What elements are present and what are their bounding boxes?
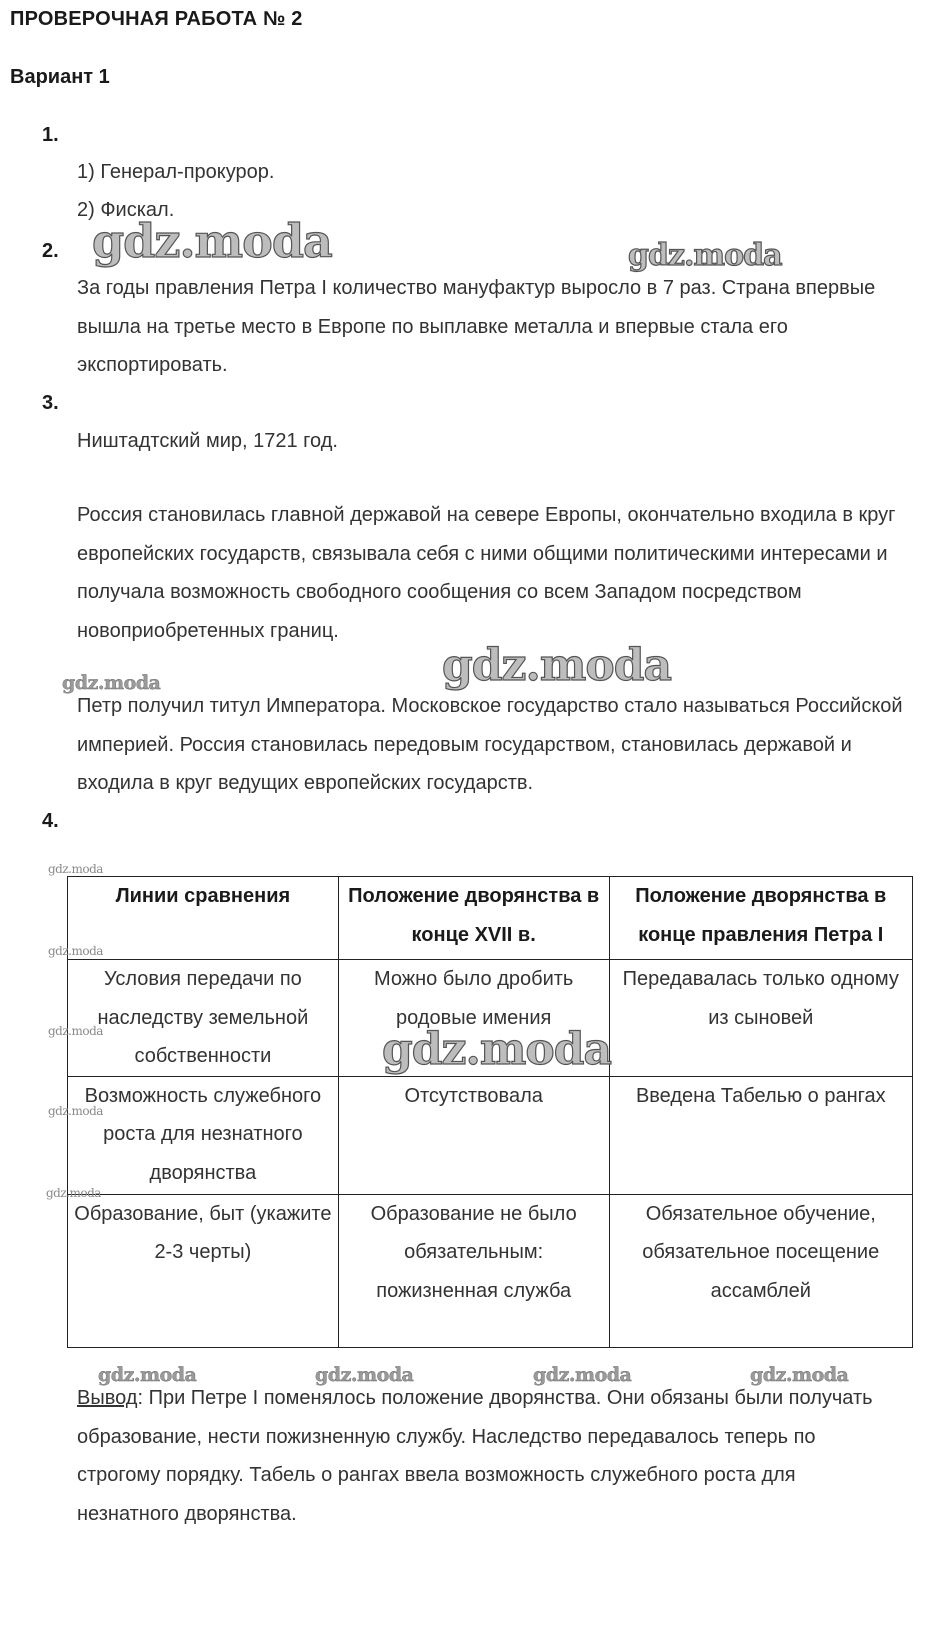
table-cell: Обязательное обучение, обязательное посе… xyxy=(609,1194,912,1347)
conclusion-text: : При Петре I поменялось положение дворя… xyxy=(77,1387,873,1525)
table-cell: Условия передачи по наследству земельной… xyxy=(68,960,339,1077)
table-row: Возможность служебного роста для незнатн… xyxy=(68,1076,913,1194)
watermark: gdz.moda xyxy=(48,1024,103,1038)
watermark: gdz.moda xyxy=(48,862,103,876)
table-header-cell: Положение дворянства в конце правления П… xyxy=(609,877,912,960)
table-header-cell: Положение дворянства в конце XVII в. xyxy=(338,877,609,960)
page-title: ПРОВЕРОЧНАЯ РАБОТА № 2 xyxy=(10,8,303,31)
question-4-number: 4. xyxy=(42,810,59,833)
q3-answer-line: Ништадтский мир, 1721 год. xyxy=(77,422,338,460)
watermark: gdz.moda xyxy=(92,214,332,268)
q3-answer-paragraph-2: Петр получил титул Императора. Московско… xyxy=(77,687,907,803)
watermark: gdz.moda xyxy=(628,238,782,273)
watermark: gdz.moda xyxy=(48,944,103,958)
table-cell: Образование не было обязательным: пожизн… xyxy=(338,1194,609,1347)
table-header-row: Линии сравнения Положение дворянства в к… xyxy=(68,877,913,960)
table-cell: Отсутствовала xyxy=(338,1076,609,1194)
table-cell: Образование, быт (укажите 2-3 черты) xyxy=(68,1194,339,1347)
question-1-number: 1. xyxy=(42,124,59,147)
variant-heading: Вариант 1 xyxy=(10,66,110,89)
table-cell: Передавалась только одному из сыновей xyxy=(609,960,912,1077)
conclusion-paragraph: Вывод: При Петре I поменялось положение … xyxy=(77,1379,897,1533)
table-cell: Введена Табелью о рангах xyxy=(609,1076,912,1194)
conclusion-label: Вывод xyxy=(77,1387,137,1409)
watermark: gdz.moda xyxy=(46,1186,101,1200)
q3-answer-paragraph-1: Россия становилась главной державой на с… xyxy=(77,496,897,650)
q1-answer-1: 1) Генерал-прокурор. xyxy=(77,153,274,191)
table-row: Образование, быт (укажите 2-3 черты) Обр… xyxy=(68,1194,913,1347)
table-header-cell: Линии сравнения xyxy=(68,877,339,960)
q2-answer-text: За годы правления Петра I количество ман… xyxy=(77,269,877,385)
comparison-table: Линии сравнения Положение дворянства в к… xyxy=(67,876,913,1348)
table-cell: Возможность служебного роста для незнатн… xyxy=(68,1076,339,1194)
question-3-number: 3. xyxy=(42,392,59,415)
watermark: gdz.moda xyxy=(48,1104,103,1118)
watermark: gdz.moda xyxy=(442,640,671,691)
watermark: gdz.moda xyxy=(382,1024,611,1075)
question-2-number: 2. xyxy=(42,240,59,263)
